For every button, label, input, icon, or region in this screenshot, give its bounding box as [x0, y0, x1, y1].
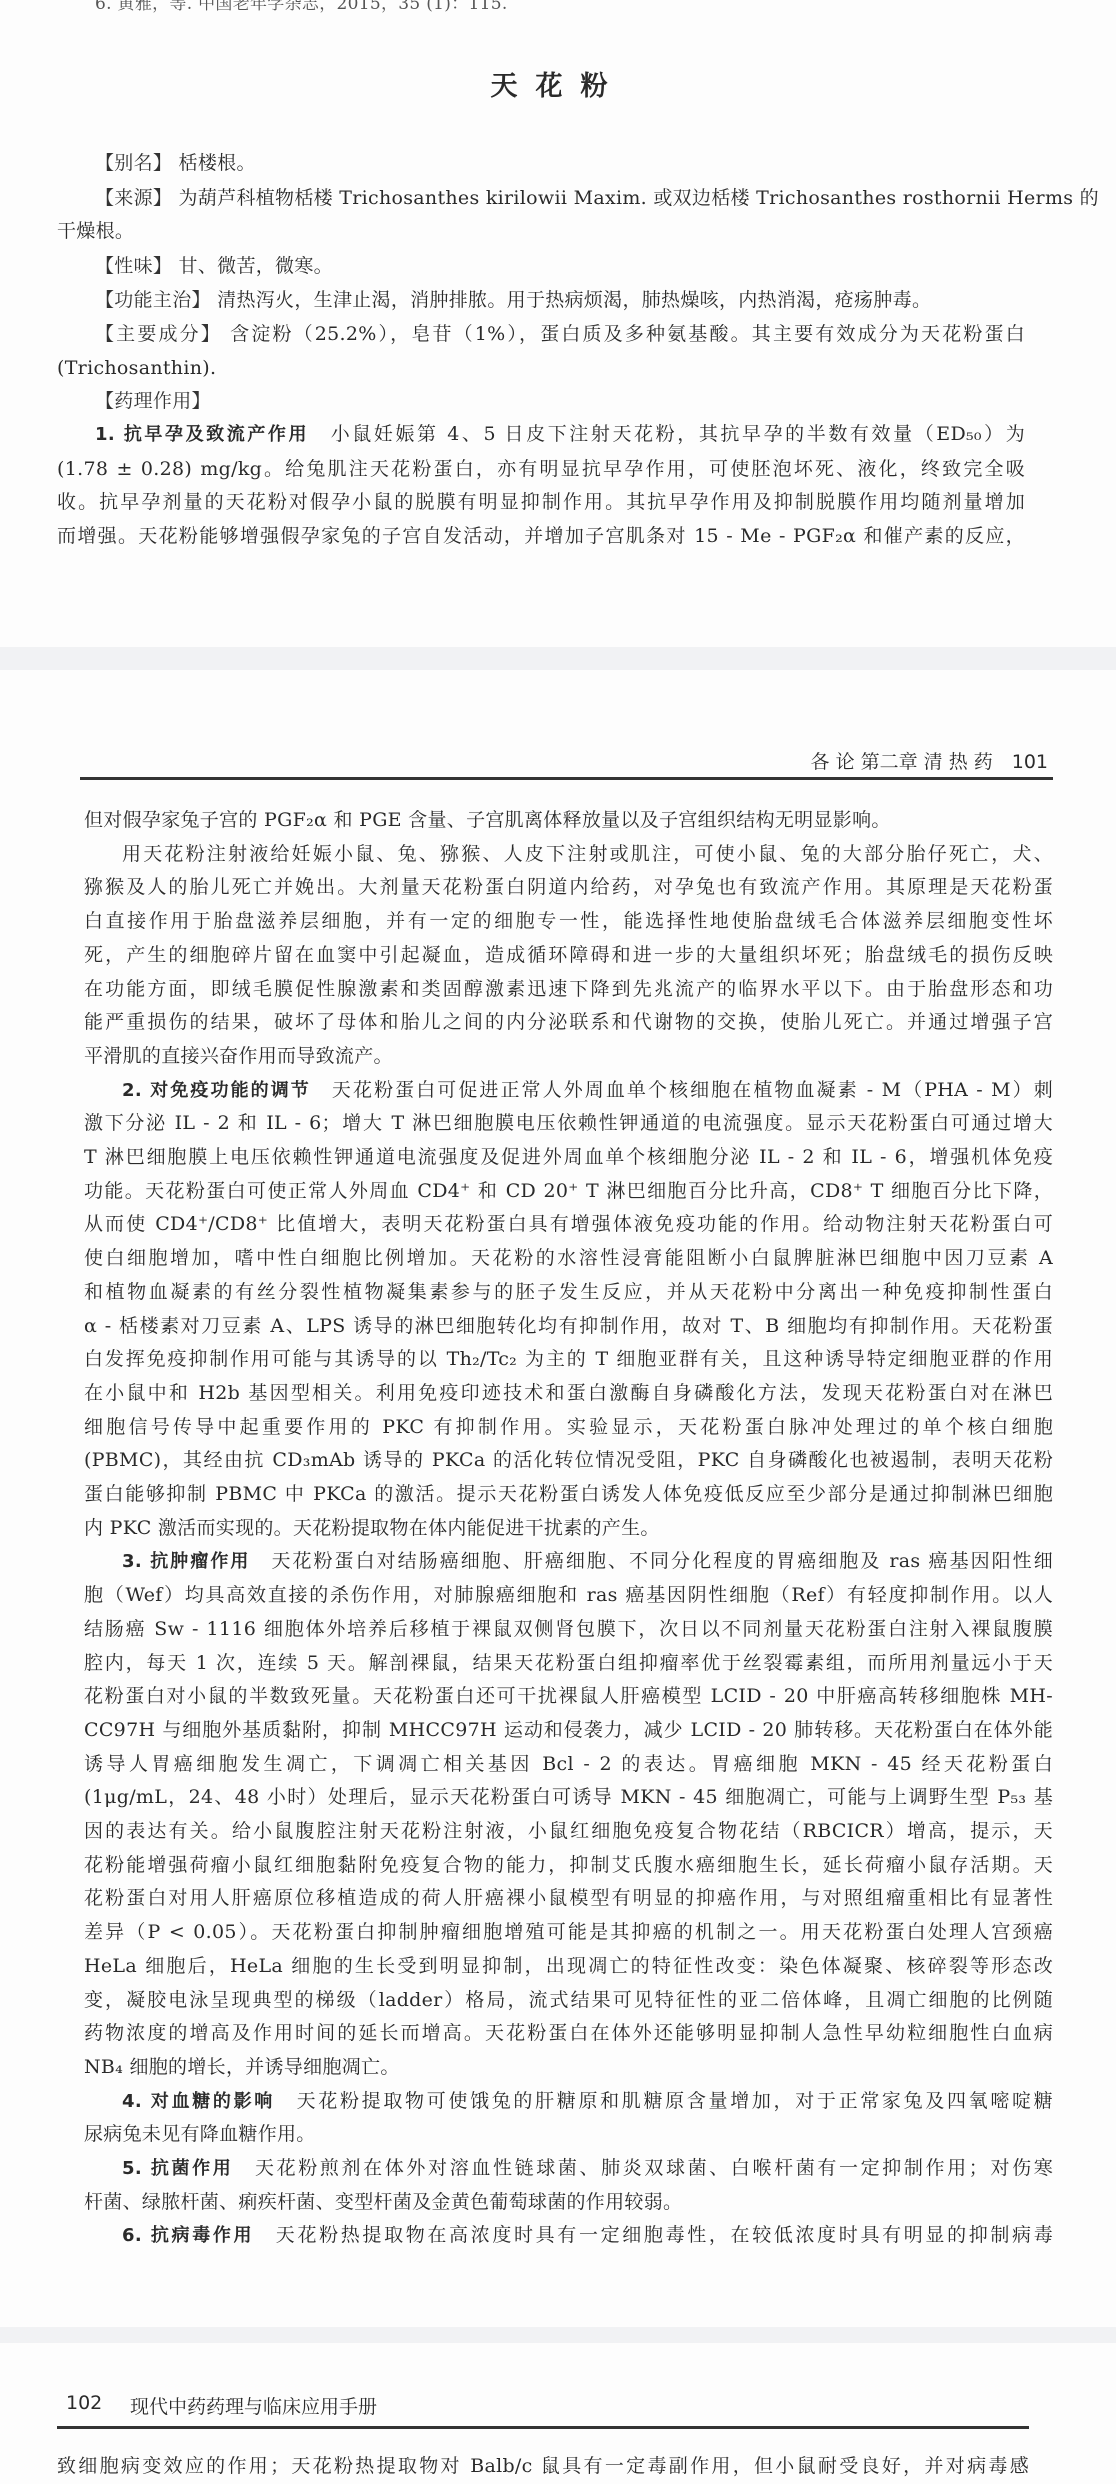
text-line: 激下分泌 IL - 2 和 IL - 6；增大 T 淋巴细胞膜电压依赖性钾通道的… [84, 1111, 1053, 1135]
section-label: 1. 抗早孕及致流产作用 [95, 424, 309, 445]
text-line: 1. 抗早孕及致流产作用 小鼠妊娠第 4、5 日皮下注射天花粉，其抗早孕的半数有… [95, 422, 1025, 446]
line-text: 死，产生的细胞碎片留在血窦中引起凝血，造成循环障碍和进一步的大量组织坏死；胎盘绒… [84, 944, 1053, 966]
line-text: 栝楼根。 [172, 152, 256, 174]
line-text: (Trichosanthin). [57, 357, 216, 379]
section-label: 【性味】 [95, 255, 172, 277]
text-line: 但对假孕家兔子宫的 PGF₂α 和 PGE 含量、子宫肌离体释放量以及子宫组织结… [84, 808, 1053, 832]
line-text: 致细胞病变效应的作用；天花粉热提取物对 Balb/c 鼠具有一定毒副作用，但小鼠… [57, 2455, 1029, 2477]
text-line: NB₄ 细胞的增长，并诱导细胞凋亡。 [84, 2055, 1053, 2079]
section-label: 3. 抗肿瘤作用 [122, 1551, 250, 1572]
line-text: 结肠癌 Sw - 1116 细胞体外培养后移植于裸鼠双侧肾包膜下，次日以不同剂量… [84, 1618, 1053, 1640]
section-label: 4. 对血糖的影响 [122, 2091, 275, 2112]
text-line: 猕猴及人的胎儿死亡并娩出。大剂量天花粉蛋白阴道内给药，对孕兔也有致流产作用。其原… [84, 875, 1053, 899]
line-text: 功能。天花粉蛋白可使正常人外周血 CD4⁺ 和 CD 20⁺ T 淋巴细胞百分比… [84, 1180, 1053, 1202]
text-line: 花粉能增强荷瘤小鼠红细胞黏附免疫复合物的能力，抑制艾氏腹水癌细胞生长，延长荷瘤小… [84, 1853, 1053, 1877]
line-text: 因的表达有关。给小鼠腹腔注射天花粉注射液，小鼠红细胞免疫复合物花结（RBCICR… [84, 1820, 1053, 1842]
text-line: 白发挥免疫抑制作用可能与其诱导的以 Th₂/Tc₂ 为主的 T 细胞亚群有关，且… [84, 1347, 1053, 1371]
line-text: 变，凝胶电泳呈现典型的梯级（ladder）格局，流式结果可见特征性的亚二倍体峰，… [84, 1989, 1053, 2011]
text-line: 内 PKC 激活而实现的。天花粉提取物在体内能促进干扰素的产生。 [84, 1516, 1053, 1540]
line-text: 平滑肌的直接兴奋作用而导致流产。 [84, 1045, 393, 1067]
line-text: 使白细胞增加，嗜中性白细胞比例增加。天花粉的水溶性浸膏能阻断小白鼠脾脏淋巴细胞中… [84, 1247, 1053, 1269]
line-text: 花粉蛋白对用人肝癌原位移植造成的荷人肝癌裸小鼠模型有明显的抑癌作用，与对照组瘤重… [84, 1887, 1053, 1909]
text-line: 收。抗早孕剂量的天花粉对假孕小鼠的脱膜有明显抑制作用。其抗早孕作用及抑制脱膜作用… [57, 490, 1025, 514]
line-text: 胞（Wef）均具高效直接的杀伤作用，对肺腺癌细胞和 ras 癌基因阴性细胞（Re… [84, 1584, 1053, 1606]
line-text: 诱导人胃癌细胞发生凋亡，下调凋亡相关基因 Bcl - 2 的表达。胃癌细胞 MK… [84, 1753, 1053, 1775]
text-line: 和植物血凝素的有丝分裂性植物凝集素参与的胚子发生反应，并从天花粉中分离出一种免疫… [84, 1280, 1053, 1304]
text-line: 花粉蛋白对用人肝癌原位移植造成的荷人肝癌裸小鼠模型有明显的抑癌作用，与对照组瘤重… [84, 1886, 1053, 1910]
line-text: 花粉蛋白对小鼠的半数致死量。天花粉蛋白还可干扰裸鼠人肝癌模型 LCID - 20… [84, 1685, 1053, 1707]
text-line: (1μg/mL，24、48 小时）处理后，显示天花粉蛋白可诱导 MKN - 45… [84, 1785, 1053, 1809]
text-line: 6. 抗病毒作用 天花粉热提取物在高浓度时具有一定细胞毒性，在较低浓度时具有明显… [122, 2223, 1053, 2247]
line-text: 药物浓度的增高及作用时间的延长而增高。天花粉蛋白在体外还能够明显抑制人急性早幼粒… [84, 2022, 1053, 2044]
line-text: (PBMC)，其经由抗 CD₃mAb 诱导的 PKCa 的活化转位情况受阻，PK… [84, 1449, 1053, 1471]
line-text: 天花粉蛋白可促进正常人外周血单个核细胞在植物血凝素 - M（PHA - M）刺 [311, 1079, 1053, 1101]
section-label: 【主要成分】 [95, 323, 222, 345]
line-text: 白发挥免疫抑制作用可能与其诱导的以 Th₂/Tc₂ 为主的 T 细胞亚群有关，且… [84, 1348, 1053, 1370]
line-text: 甘、微苦，微寒。 [172, 255, 333, 277]
text-line: 差异（P < 0.05）。天花粉蛋白抑制肿瘤细胞增殖可能是其抑癌的机制之一。用天… [84, 1920, 1053, 1944]
entry-title: 天花粉 [0, 64, 1116, 103]
text-line: 因的表达有关。给小鼠腹腔注射天花粉注射液，小鼠红细胞免疫复合物花结（RBCICR… [84, 1819, 1053, 1843]
running-head-book-title: 现代中药药理与临床应用手册 [130, 2392, 377, 2419]
page-1: 6. 黄雅，等. 中国老年学杂志，2015，35 (1)：115. 天花粉 【别… [0, 0, 1116, 647]
text-line: 诱导人胃癌细胞发生凋亡，下调凋亡相关基因 Bcl - 2 的表达。胃癌细胞 MK… [84, 1752, 1053, 1776]
line-text: 在小鼠中和 H2b 基因型相关。利用免疫印迹技术和蛋白激酶自身磷酸化方法，发现天… [84, 1382, 1053, 1404]
text-line: 干燥根。 [57, 219, 1025, 243]
reference-fragment: 6. 黄雅，等. 中国老年学杂志，2015，35 (1)：115. [95, 0, 508, 16]
line-text: 能严重损伤的结果，破坏了母体和胎儿之间的内分泌联系和代谢物的交换，使胎儿死亡。并… [84, 1011, 1053, 1033]
text-line: 细胞信号传导中起重要作用的 PKC 有抑制作用。实验显示，天花粉蛋白脉冲处理过的… [84, 1415, 1053, 1439]
line-text: (1.78 ± 0.28) mg/kg。给兔肌注天花粉蛋白，亦有明显抗早孕作用，… [57, 458, 1025, 480]
section-label: 6. 抗病毒作用 [122, 2225, 254, 2246]
text-line: 能严重损伤的结果，破坏了母体和胎儿之间的内分泌联系和代谢物的交换，使胎儿死亡。并… [84, 1010, 1053, 1034]
text-line: 5. 抗菌作用 天花粉煎剂在体外对溶血性链球菌、肺炎双球菌、白喉杆菌有一定抑制作… [122, 2156, 1053, 2180]
text-line: 【功能主治】 清热泻火，生津止渴，消肿排脓。用于热病烦渴，肺热燥咳，内热消渴，疮… [95, 288, 1025, 312]
text-line: 结肠癌 Sw - 1116 细胞体外培养后移植于裸鼠双侧肾包膜下，次日以不同剂量… [84, 1617, 1053, 1641]
section-label: 【功能主治】 [95, 289, 211, 311]
text-line: 功能。天花粉蛋白可使正常人外周血 CD4⁺ 和 CD 20⁺ T 淋巴细胞百分比… [84, 1179, 1053, 1203]
text-line: 白直接作用于胎盘滋养层细胞，并有一定的细胞专一性，能选择性地使胎盘绒毛合体滋养层… [84, 909, 1053, 933]
line-text: 天花粉蛋白对结肠癌细胞、肝癌细胞、不同分化程度的胃癌细胞及 ras 癌基因阳性细 [250, 1550, 1053, 1572]
text-line: 2. 对免疫功能的调节 天花粉蛋白可促进正常人外周血单个核细胞在植物血凝素 - … [122, 1078, 1053, 1102]
line-text: 和植物血凝素的有丝分裂性植物凝集素参与的胚子发生反应，并从天花粉中分离出一种免疫… [84, 1281, 1053, 1303]
text-line: 变，凝胶电泳呈现典型的梯级（ladder）格局，流式结果可见特征性的亚二倍体峰，… [84, 1988, 1053, 2012]
text-line: 使白细胞增加，嗜中性白细胞比例增加。天花粉的水溶性浸膏能阻断小白鼠脾脏淋巴细胞中… [84, 1246, 1053, 1270]
line-text: 花粉能增强荷瘤小鼠红细胞黏附免疫复合物的能力，抑制艾氏腹水癌细胞生长，延长荷瘤小… [84, 1854, 1053, 1876]
line-text: 尿病兔未见有降血糖作用。 [84, 2123, 316, 2145]
line-text: 腔内，每天 1 次，连续 5 天。解剖裸鼠，结果天花粉蛋白组抑瘤率优于丝裂霉素组… [84, 1652, 1053, 1674]
text-line: 【性味】 甘、微苦，微寒。 [95, 254, 1025, 278]
text-line: (Trichosanthin). [57, 356, 1025, 380]
line-text: 但对假孕家兔子宫的 PGF₂α 和 PGE 含量、子宫肌离体释放量以及子宫组织结… [84, 809, 891, 831]
line-text: (1μg/mL，24、48 小时）处理后，显示天花粉蛋白可诱导 MKN - 45… [84, 1786, 1053, 1808]
text-line: α - 栝楼素对刀豆素 A、LPS 诱导的淋巴细胞转化均有抑制作用，故对 T、B… [84, 1314, 1053, 1338]
text-line: 胞（Wef）均具高效直接的杀伤作用，对肺腺癌细胞和 ras 癌基因阴性细胞（Re… [84, 1583, 1053, 1607]
line-text: 差异（P < 0.05）。天花粉蛋白抑制肿瘤细胞增殖可能是其抑癌的机制之一。用天… [84, 1921, 1053, 1943]
line-text: 激下分泌 IL - 2 和 IL - 6；增大 T 淋巴细胞膜电压依赖性钾通道的… [84, 1112, 1053, 1134]
text-line: (PBMC)，其经由抗 CD₃mAb 诱导的 PKCa 的活化转位情况受阻，PK… [84, 1448, 1053, 1472]
section-label: 【来源】 [95, 187, 172, 209]
text-line: 药物浓度的增高及作用时间的延长而增高。天花粉蛋白在体外还能够明显抑制人急性早幼粒… [84, 2021, 1053, 2045]
line-text: 清热泻火，生津止渴，消肿排脓。用于热病烦渴，肺热燥咳，内热消渴，疮疡肿毒。 [211, 289, 931, 311]
text-line: (1.78 ± 0.28) mg/kg。给兔肌注天花粉蛋白，亦有明显抗早孕作用，… [57, 457, 1025, 481]
text-line: 4. 对血糖的影响 天花粉提取物可使饿兔的肝糖原和肌糖原含量增加，对于正常家兔及… [122, 2089, 1053, 2113]
line-text: 内 PKC 激活而实现的。天花粉提取物在体内能促进干扰素的产生。 [84, 1517, 660, 1539]
text-line: 【别名】 栝楼根。 [95, 151, 1025, 175]
line-text: 在功能方面，即绒毛膜促性腺激素和类固醇激素迅速下降到先兆流产的临界水平以下。由于… [84, 978, 1053, 1000]
running-head: 各 论 第二章 清 热 药 101 [811, 747, 1048, 774]
text-line: 用天花粉注射液给妊娠小鼠、兔、猕猴、人皮下注射或肌注，可使小鼠、兔的大部分胎仔死… [122, 842, 1053, 866]
text-line: 腔内，每天 1 次，连续 5 天。解剖裸鼠，结果天花粉蛋白组抑瘤率优于丝裂霉素组… [84, 1651, 1053, 1675]
running-head-page-number: 102 [66, 2392, 102, 2414]
header-rule [80, 777, 1053, 780]
line-text: 从而使 CD4⁺/CD8⁺ 比值增大，表明天花粉蛋白具有增强体液免疫功能的作用。… [84, 1213, 1053, 1235]
text-line: 致细胞病变效应的作用；天花粉热提取物对 Balb/c 鼠具有一定毒副作用，但小鼠… [57, 2454, 1029, 2478]
text-line: 【来源】 为葫芦科植物栝楼 Trichosanthes kirilowii Ma… [95, 186, 1025, 210]
text-line: CC97H 与细胞外基质黏附，抑制 MHCC97H 运动和侵袭力，减少 LCID… [84, 1718, 1053, 1742]
section-label: 【药理作用】 [95, 390, 211, 412]
text-line: 在功能方面，即绒毛膜促性腺激素和类固醇激素迅速下降到先兆流产的临界水平以下。由于… [84, 977, 1053, 1001]
text-line: 蛋白能够抑制 PBMC 中 PKCa 的激活。提示天花粉蛋白诱发人体免疫低反应至… [84, 1482, 1053, 1506]
page-2: 各 论 第二章 清 热 药 101 但对假孕家兔子宫的 PGF₂α 和 PGE … [0, 670, 1116, 2327]
line-text: 猕猴及人的胎儿死亡并娩出。大剂量天花粉蛋白阴道内给药，对孕兔也有致流产作用。其原… [84, 876, 1053, 898]
line-text: 天花粉煎剂在体外对溶血性链球菌、肺炎双球菌、白喉杆菌有一定抑制作用；对伤寒 [233, 2157, 1053, 2179]
line-text: 天花粉提取物可使饿兔的肝糖原和肌糖原含量增加，对于正常家兔及四氧嘧啶糖 [275, 2090, 1053, 2112]
line-text: T 淋巴细胞膜上电压依赖性钾通道电流强度及促进外周血单个核细胞分泌 IL - 2… [84, 1146, 1053, 1168]
line-text: 用天花粉注射液给妊娠小鼠、兔、猕猴、人皮下注射或肌注，可使小鼠、兔的大部分胎仔死… [122, 843, 1053, 865]
line-text: 蛋白能够抑制 PBMC 中 PKCa 的激活。提示天花粉蛋白诱发人体免疫低反应至… [84, 1483, 1053, 1505]
line-text: NB₄ 细胞的增长，并诱导细胞凋亡。 [84, 2056, 400, 2078]
line-text: 白直接作用于胎盘滋养层细胞，并有一定的细胞专一性，能选择性地使胎盘绒毛合体滋养层… [84, 910, 1053, 932]
line-text: 天花粉热提取物在高浓度时具有一定细胞毒性，在较低浓度时具有明显的抑制病毒 [254, 2224, 1053, 2246]
section-label: 【别名】 [95, 152, 172, 174]
section-label: 5. 抗菌作用 [122, 2158, 233, 2179]
text-line: 花粉蛋白对小鼠的半数致死量。天花粉蛋白还可干扰裸鼠人肝癌模型 LCID - 20… [84, 1684, 1053, 1708]
text-line: 尿病兔未见有降血糖作用。 [84, 2122, 1053, 2146]
line-text: 杆菌、绿脓杆菌、痢疾杆菌、变型杆菌及金黄色葡萄球菌的作用较弱。 [84, 2191, 682, 2213]
text-line: 杆菌、绿脓杆菌、痢疾杆菌、变型杆菌及金黄色葡萄球菌的作用较弱。 [84, 2190, 1053, 2214]
header-rule [57, 2426, 1029, 2429]
text-line: 死，产生的细胞碎片留在血窦中引起凝血，造成循环障碍和进一步的大量组织坏死；胎盘绒… [84, 943, 1053, 967]
line-text: 小鼠妊娠第 4、5 日皮下注射天花粉，其抗早孕的半数有效量（ED₅₀）为 [309, 423, 1025, 445]
text-line: 而增强。天花粉能够增强假孕家兔的子宫自发活动，并增加子宫肌条对 15 - Me … [57, 524, 1025, 548]
line-text: 为葫芦科植物栝楼 Trichosanthes kirilowii Maxim. … [172, 187, 1099, 209]
line-text: 干燥根。 [57, 220, 134, 242]
text-line: T 淋巴细胞膜上电压依赖性钾通道电流强度及促进外周血单个核细胞分泌 IL - 2… [84, 1145, 1053, 1169]
text-line: 【药理作用】 [95, 389, 1025, 413]
text-line: 平滑肌的直接兴奋作用而导致流产。 [84, 1044, 1053, 1068]
text-line: 【主要成分】 含淀粉（25.2%），皂苷（1%），蛋白质及多种氨基酸。其主要有效… [95, 322, 1025, 346]
text-line: 从而使 CD4⁺/CD8⁺ 比值增大，表明天花粉蛋白具有增强体液免疫功能的作用。… [84, 1212, 1053, 1236]
section-label: 2. 对免疫功能的调节 [122, 1080, 311, 1101]
text-line: 在小鼠中和 H2b 基因型相关。利用免疫印迹技术和蛋白激酶自身磷酸化方法，发现天… [84, 1381, 1053, 1405]
line-text: CC97H 与细胞外基质黏附，抑制 MHCC97H 运动和侵袭力，减少 LCID… [84, 1719, 1053, 1741]
line-text: 而增强。天花粉能够增强假孕家兔的子宫自发活动，并增加子宫肌条对 15 - Me … [57, 525, 1025, 547]
page-3: 102 现代中药药理与临床应用手册 致细胞病变效应的作用；天花粉热提取物对 Ba… [0, 2343, 1116, 2484]
text-line: HeLa 细胞后，HeLa 细胞的生长受到明显抑制，出现凋亡的特征性改变：染色体… [84, 1954, 1053, 1978]
line-text: HeLa 细胞后，HeLa 细胞的生长受到明显抑制，出现凋亡的特征性改变：染色体… [84, 1955, 1053, 1977]
line-text: 含淀粉（25.2%），皂苷（1%），蛋白质及多种氨基酸。其主要有效成分为天花粉蛋… [222, 323, 1025, 345]
line-text: 收。抗早孕剂量的天花粉对假孕小鼠的脱膜有明显抑制作用。其抗早孕作用及抑制脱膜作用… [57, 491, 1025, 513]
line-text: 细胞信号传导中起重要作用的 PKC 有抑制作用。实验显示，天花粉蛋白脉冲处理过的… [84, 1416, 1053, 1438]
line-text: α - 栝楼素对刀豆素 A、LPS 诱导的淋巴细胞转化均有抑制作用，故对 T、B… [84, 1315, 1053, 1337]
text-line: 3. 抗肿瘤作用 天花粉蛋白对结肠癌细胞、肝癌细胞、不同分化程度的胃癌细胞及 r… [122, 1549, 1053, 1573]
